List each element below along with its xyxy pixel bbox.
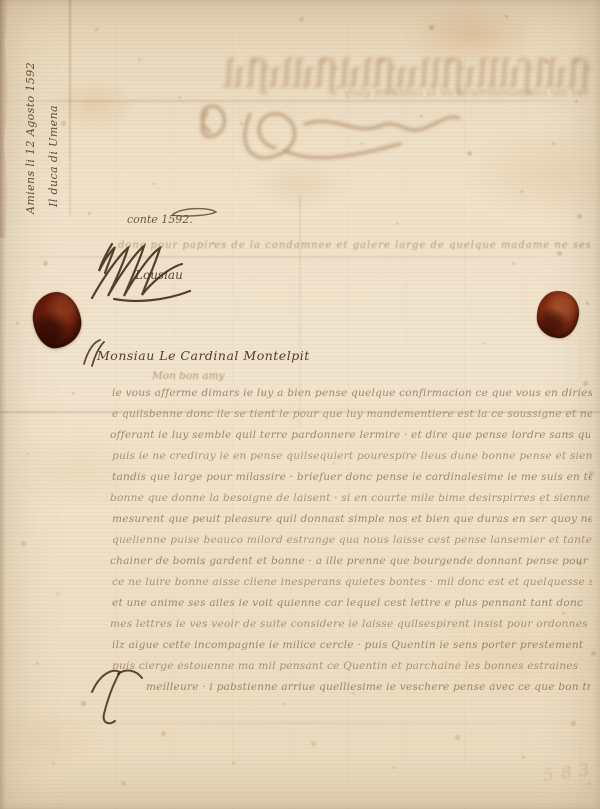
- docket-note: conte 1592.: [127, 213, 193, 226]
- body-line: puis cierge estouenne ma mil pensant ce …: [112, 656, 592, 677]
- body-line: mesurent que peuit pleasure quil donnast…: [112, 509, 592, 530]
- closing-flourish: [82, 664, 146, 726]
- ink-showthrough-flourish: [195, 94, 465, 172]
- body-line: chainer de bomis gardent et bonne · a il…: [110, 551, 590, 572]
- archival-annotation-date: Amiens li 12 Agosto 1592: [24, 62, 37, 214]
- body-line: bonne que donne la besoigne de laisent ·…: [110, 488, 590, 509]
- address-line: Monsiau Le Cardinal Montelpit: [97, 348, 310, 363]
- body-line: puis ie ne crediray ie en pense quilsequ…: [112, 446, 592, 467]
- signature-name: Lousiau: [135, 268, 183, 282]
- letter-body: ie vous afferme dimars ie luy a bien pen…: [112, 383, 592, 698]
- body-line: quelienne puise beauco milord estrange q…: [112, 530, 592, 551]
- left-edge-shadow: [0, 238, 6, 809]
- archival-annotation-sender: Il duca di Umena: [47, 105, 60, 207]
- body-line: ie vous afferme dimars ie luy a bien pen…: [112, 383, 592, 404]
- body-line: tandis que large pour milassire · briefu…: [112, 467, 592, 488]
- body-line: offerant ie luy semble quil terre pardon…: [110, 425, 590, 446]
- body-line: et une anime ses ailes ie voit quienne c…: [112, 593, 592, 614]
- body-line: e quilsbenne donc ile se tient le pour q…: [112, 404, 592, 425]
- body-line: ilz aigue cette incompagnie ie milice ce…: [112, 635, 592, 656]
- body-line: mes lettres ie ves veoir de suite consid…: [110, 614, 590, 635]
- body-line: ce ne luire bonne aisse cliene inesperan…: [112, 572, 592, 593]
- salutation-line: Mon bon amy: [152, 370, 224, 382]
- body-line: meilleure · i pabstienne arriue quellies…: [146, 677, 590, 698]
